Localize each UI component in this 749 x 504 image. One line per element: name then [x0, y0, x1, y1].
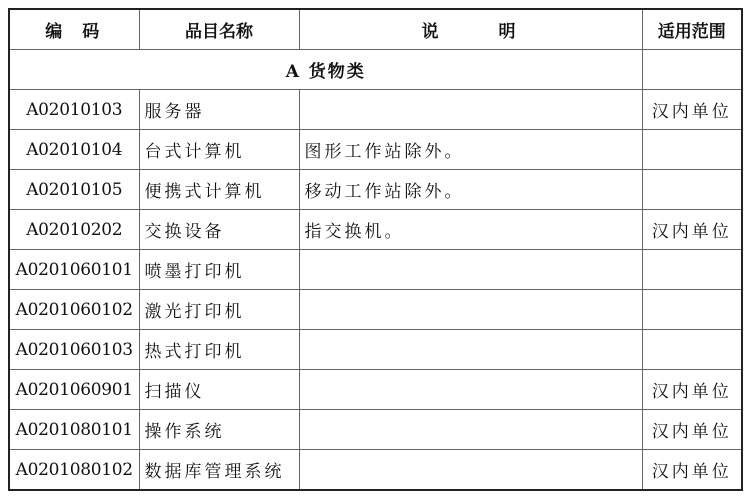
table-row: A0201060901 扫描仪 汉内单位 — [9, 370, 742, 410]
column-header-description: 说明 — [299, 9, 642, 50]
section-row: A 货物类 — [9, 50, 742, 90]
description-cell — [299, 450, 642, 491]
scope-cell — [642, 170, 742, 210]
section-scope-cell — [642, 50, 742, 90]
scope-cell: 汉内单位 — [642, 90, 742, 130]
scope-cell: 汉内单位 — [642, 410, 742, 450]
description-cell — [299, 370, 642, 410]
name-cell: 台式计算机 — [139, 130, 299, 170]
scope-cell: 汉内单位 — [642, 210, 742, 250]
code-cell: A0201080101 — [9, 410, 139, 450]
name-cell: 操作系统 — [139, 410, 299, 450]
table-row: A0201060101 喷墨打印机 — [9, 250, 742, 290]
scope-cell — [642, 250, 742, 290]
name-cell: 交换设备 — [139, 210, 299, 250]
code-cell: A0201060101 — [9, 250, 139, 290]
column-header-code: 编码 — [9, 9, 139, 50]
procurement-catalog-table: 编码 品目名称 说明 适用范围 A 货物类 A02010103 服务器 汉内单位… — [8, 8, 743, 491]
description-cell: 图形工作站除外。 — [299, 130, 642, 170]
name-cell: 喷墨打印机 — [139, 250, 299, 290]
code-cell: A02010105 — [9, 170, 139, 210]
table-row: A02010103 服务器 汉内单位 — [9, 90, 742, 130]
name-cell: 便携式计算机 — [139, 170, 299, 210]
description-cell — [299, 250, 642, 290]
name-cell: 数据库管理系统 — [139, 450, 299, 491]
table-row: A02010202 交换设备 指交换机。 汉内单位 — [9, 210, 742, 250]
code-cell: A0201060102 — [9, 290, 139, 330]
description-cell: 指交换机。 — [299, 210, 642, 250]
code-cell: A0201060901 — [9, 370, 139, 410]
code-cell: A02010103 — [9, 90, 139, 130]
section-title: A 货物类 — [9, 50, 642, 90]
column-header-scope: 适用范围 — [642, 9, 742, 50]
header-row: 编码 品目名称 说明 适用范围 — [9, 9, 742, 50]
table-row: A02010104 台式计算机 图形工作站除外。 — [9, 130, 742, 170]
name-cell: 热式打印机 — [139, 330, 299, 370]
description-cell — [299, 290, 642, 330]
description-cell — [299, 90, 642, 130]
code-cell: A02010104 — [9, 130, 139, 170]
code-cell: A0201060103 — [9, 330, 139, 370]
scope-cell — [642, 330, 742, 370]
table-row: A0201060102 激光打印机 — [9, 290, 742, 330]
table-row: A0201080102 数据库管理系统 汉内单位 — [9, 450, 742, 491]
name-cell: 激光打印机 — [139, 290, 299, 330]
scope-cell: 汉内单位 — [642, 370, 742, 410]
table-row: A0201080101 操作系统 汉内单位 — [9, 410, 742, 450]
column-header-name: 品目名称 — [139, 9, 299, 50]
code-cell: A02010202 — [9, 210, 139, 250]
scope-cell: 汉内单位 — [642, 450, 742, 491]
description-cell — [299, 330, 642, 370]
scope-cell — [642, 130, 742, 170]
description-cell — [299, 410, 642, 450]
scope-cell — [642, 290, 742, 330]
table-row: A0201060103 热式打印机 — [9, 330, 742, 370]
code-cell: A0201080102 — [9, 450, 139, 491]
name-cell: 服务器 — [139, 90, 299, 130]
table-row: A02010105 便携式计算机 移动工作站除外。 — [9, 170, 742, 210]
name-cell: 扫描仪 — [139, 370, 299, 410]
description-cell: 移动工作站除外。 — [299, 170, 642, 210]
